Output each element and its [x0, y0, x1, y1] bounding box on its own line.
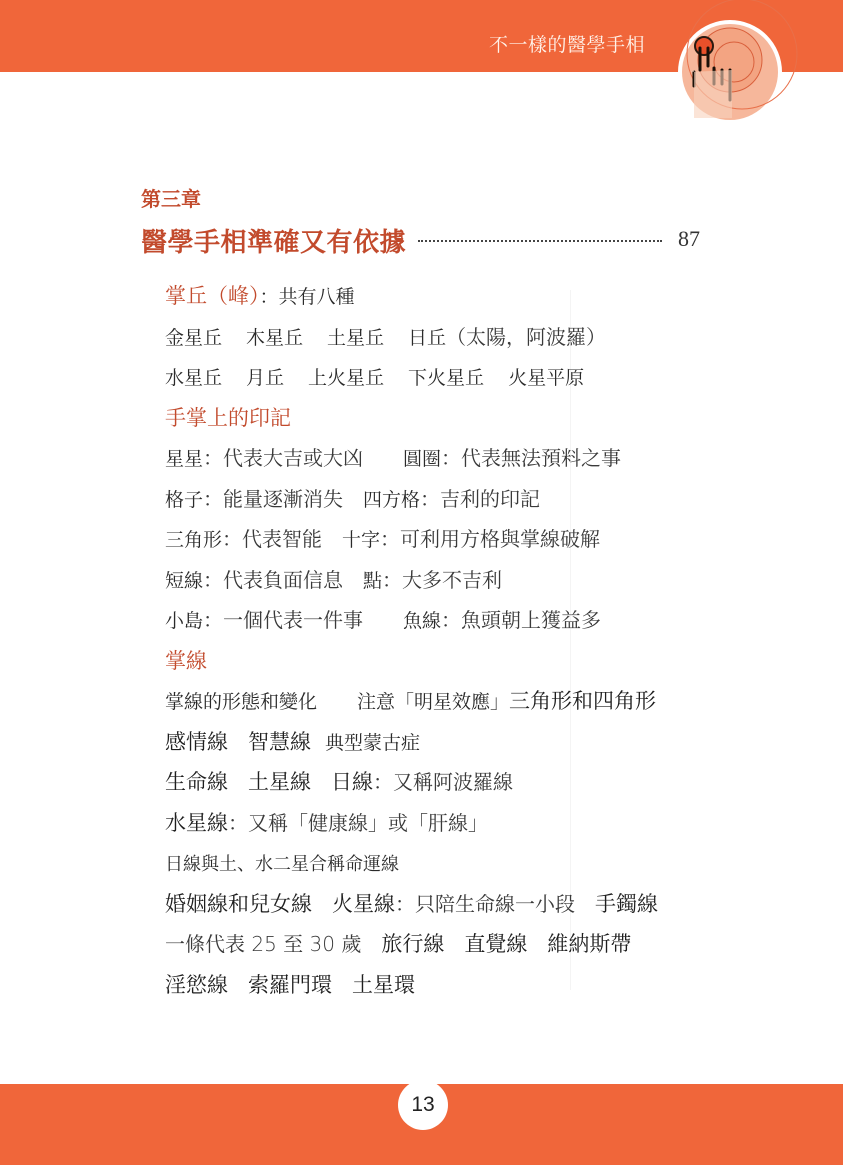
list-item: 一條代表 25 至 30 歲旅行線直覺線維納斯帶 — [165, 924, 725, 965]
list-item: 生命線土星線日線：又稱阿波羅線 — [165, 762, 725, 803]
page-number: 13 — [398, 1080, 448, 1130]
list-item: 日線與土、水二星合稱命運線 — [165, 843, 725, 884]
list-item: 格子：能量逐漸消失四方格：吉利的印記 — [165, 479, 725, 520]
book-title: 不一樣的醫學手相 — [489, 30, 645, 57]
chapter-outline: 掌丘（峰）：共有八種 金星丘木星丘土星丘日丘（太陽，阿波羅） 水星丘月丘上火星丘… — [165, 276, 725, 1005]
pointing-hand-icon — [664, 0, 843, 130]
list-item: 短線：代表負面信息點：大多不吉利 — [165, 560, 725, 601]
list-item: 星星：代表大吉或大凶圓圈：代表無法預料之事 — [165, 438, 725, 479]
section-heading-lines: 掌線 — [165, 641, 725, 682]
list-item: 感情線智慧線典型蒙古症 — [165, 722, 725, 763]
list-item: 金星丘木星丘土星丘日丘（太陽，阿波羅） — [165, 317, 725, 358]
list-item: 水星線：又稱「健康線」或「肝線」 — [165, 803, 725, 844]
chapter-label: 第三章 — [141, 183, 201, 212]
list-item: 淫慾線索羅門環土星環 — [165, 965, 725, 1006]
chapter-title: 醫學手相準確又有依據 — [141, 222, 406, 259]
list-item: 水星丘月丘上火星丘下火星丘火星平原 — [165, 357, 725, 398]
dotted-leader — [418, 240, 662, 242]
toc-page-reference: 87 — [678, 226, 700, 252]
list-item: 三角形：代表智能十字：可利用方格與掌線破解 — [165, 519, 725, 560]
list-item: 婚姻線和兒女線火星線：只陪生命線一小段手鐲線 — [165, 884, 725, 925]
section-heading-marks: 手掌上的印記 — [165, 398, 725, 439]
list-item: 掌線的形態和變化注意「明星效應」三角形和四角形 — [165, 681, 725, 722]
section-heading-mounts: 掌丘（峰）：共有八種 — [165, 276, 725, 317]
list-item: 小島：一個代表一件事魚線：魚頭朝上獲益多 — [165, 600, 725, 641]
